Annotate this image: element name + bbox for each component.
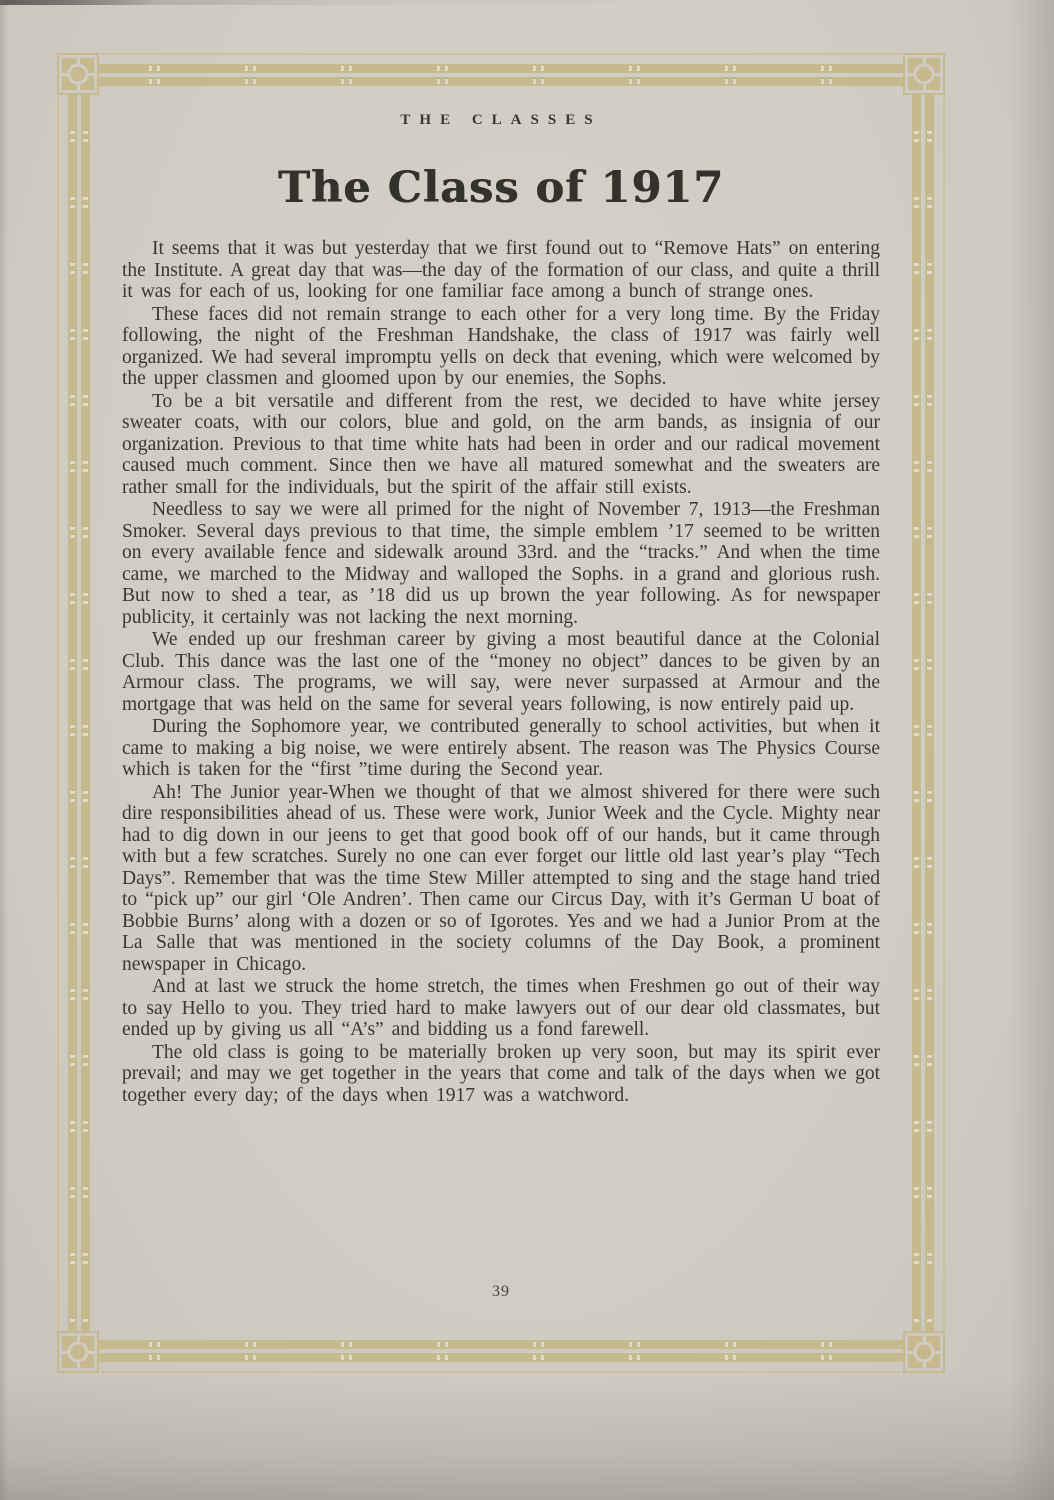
- body-paragraph: The old class is going to be materially …: [122, 1042, 880, 1107]
- running-head: THE CLASSES: [122, 112, 880, 129]
- scan-edge-shadow-bottom: [0, 1370, 1054, 1500]
- scan-edge-shadow-left: [0, 0, 8, 1500]
- corner-ornament-ring: [914, 1342, 935, 1363]
- body-paragraph: Needless to say we were all primed for t…: [122, 499, 880, 628]
- border-band-right-outer: [925, 95, 934, 1331]
- border-band-left-inner: [81, 95, 90, 1331]
- border-line-right: [943, 97, 945, 1329]
- corner-ornament-bottom-left: [57, 1331, 99, 1373]
- body-paragraph: And at last we struck the home stretch, …: [122, 976, 880, 1041]
- corner-ornament-top-right: [903, 53, 945, 95]
- body-text-block: It seems that it was but yesterday that …: [122, 238, 880, 1107]
- corner-ornament-ring: [68, 64, 89, 85]
- body-paragraph: Ah! The Junior year-When we thought of t…: [122, 782, 880, 976]
- body-paragraph: During the Sophomore year, we contribute…: [122, 716, 880, 781]
- border-band-left-outer: [68, 95, 77, 1331]
- border-band-top-outer: [99, 64, 903, 73]
- border-band-bottom-inner: [99, 1340, 903, 1349]
- body-paragraph: We ended up our freshman career by givin…: [122, 629, 880, 715]
- border-line-top: [101, 53, 901, 55]
- border-band-right-inner: [912, 95, 921, 1331]
- border-band-bottom-outer: [99, 1353, 903, 1362]
- page-title: The Class of 1917: [122, 163, 880, 213]
- page-number: 39: [122, 1283, 880, 1301]
- border-line-left: [57, 97, 59, 1329]
- corner-ornament-ring: [914, 64, 935, 85]
- corner-ornament-bottom-right: [903, 1331, 945, 1373]
- scanned-yearbook-page: THE CLASSES The Class of 1917 It seems t…: [0, 0, 1054, 1500]
- scan-edge-shadow-right: [1008, 0, 1054, 1500]
- scan-edge-shadow-top: [0, 0, 1054, 5]
- border-band-top-inner: [99, 77, 903, 86]
- corner-ornament-top-left: [57, 53, 99, 95]
- corner-ornament-ring: [68, 1342, 89, 1363]
- body-paragraph: It seems that it was but yesterday that …: [122, 238, 880, 303]
- body-paragraph: These faces did not remain strange to ea…: [122, 304, 880, 390]
- body-paragraph: To be a bit versatile and different from…: [122, 391, 880, 499]
